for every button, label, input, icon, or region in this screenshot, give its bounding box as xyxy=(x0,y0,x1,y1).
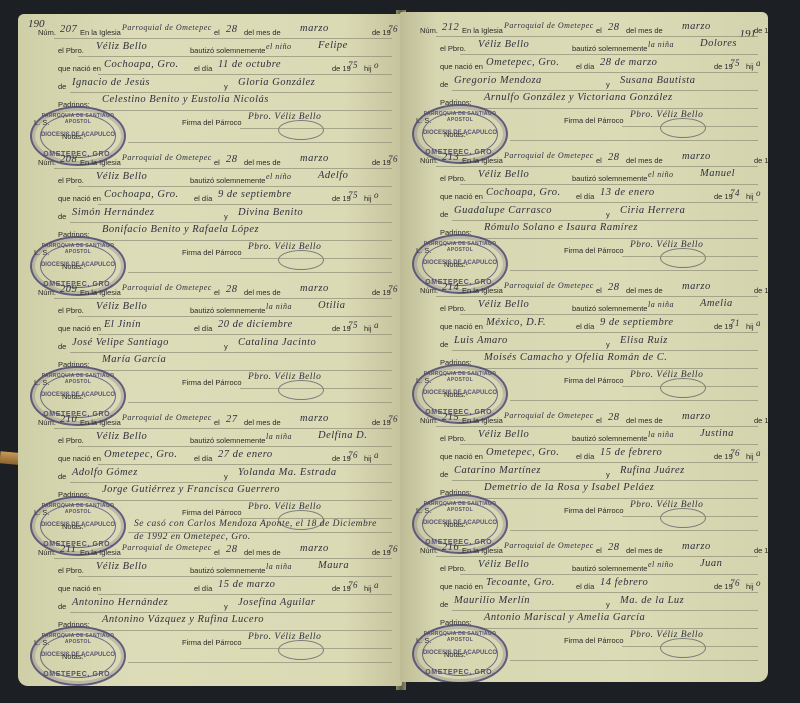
priest-name: Véliz Bello xyxy=(96,171,147,182)
child-sex: el niño xyxy=(648,170,674,179)
baptized-label: bautizó solemnemente xyxy=(572,304,647,318)
church-label: En la Iglesia xyxy=(462,26,503,40)
baptized-label: bautizó solemnemente xyxy=(572,564,647,578)
priest-name: Véliz Bello xyxy=(96,561,147,572)
line xyxy=(436,556,758,557)
mother-name: Ma. de la Luz xyxy=(620,595,684,606)
signature-label: Firma del Párroco xyxy=(182,378,242,392)
signature-label: Firma del Párroco xyxy=(564,636,624,650)
baptism-year: 76 xyxy=(388,284,398,294)
baptism-day: 28 xyxy=(226,154,238,165)
line xyxy=(480,202,758,203)
el-label: el xyxy=(596,416,602,430)
signature-flourish xyxy=(650,502,720,525)
mother-name: Catalina Jacinto xyxy=(238,337,316,348)
year-label: de 19 xyxy=(754,546,768,560)
child-sex: la niña xyxy=(266,302,292,311)
line xyxy=(240,388,392,389)
month-label: del mes de xyxy=(244,548,281,562)
line xyxy=(480,498,758,499)
signature-label: Firma del Párroco xyxy=(564,376,624,390)
church-label: En la Iglesia xyxy=(80,28,121,42)
seal-top-text: PARROQUIA DE SANTIAGO APOSTOL xyxy=(32,633,124,645)
child-sex: el niño xyxy=(648,560,674,569)
godparents: Antonio Mariscal y Amelia García xyxy=(484,612,645,623)
priest-label: el Pbro. xyxy=(58,46,84,60)
child-gender-suffix: a xyxy=(756,448,761,458)
month-label: del mes de xyxy=(626,546,663,560)
line xyxy=(452,220,758,221)
line xyxy=(128,662,392,663)
church-name: Parroquial de Ometepec xyxy=(504,21,594,30)
birthplace: Ometepec, Gro. xyxy=(104,449,177,460)
birth-day-label: el día xyxy=(576,192,594,206)
baptism-year: 76 xyxy=(388,154,398,164)
baptized-label: bautizó solemnemente xyxy=(572,44,647,58)
birthplace-label: que nació en xyxy=(58,324,101,338)
year-label: de 19 xyxy=(754,416,768,430)
baptism-day: 28 xyxy=(226,544,238,555)
baptism-month: marzo xyxy=(682,411,711,422)
baptism-entry: Núm. 213 En la Iglesia Parroquial de Ome… xyxy=(400,142,768,274)
baptism-entry: Núm. 209 En la Iglesia Parroquial de Ome… xyxy=(18,274,402,406)
line xyxy=(128,402,392,403)
month-label: del mes de xyxy=(244,158,281,172)
child-gender-suffix: a xyxy=(374,320,379,330)
line xyxy=(436,296,758,297)
child-sex: la niña xyxy=(266,432,292,441)
line xyxy=(70,352,392,353)
parents-label: de xyxy=(58,342,66,356)
seal-top-text: PARROQUIA DE SANTIAGO APOSTOL xyxy=(414,111,506,123)
line xyxy=(70,92,392,93)
church-name: Parroquial de Ometepec xyxy=(122,543,212,552)
num-label: Núm. xyxy=(420,156,438,170)
child-name: Otilia xyxy=(318,300,346,311)
line xyxy=(436,426,758,427)
seal-top-text: PARROQUIA DE SANTIAGO APOSTOL xyxy=(414,241,506,253)
priest-label: el Pbro. xyxy=(58,566,84,580)
seal-middle-text: DIOCESIS DE ACAPULCO xyxy=(32,132,124,138)
baptism-day: 28 xyxy=(608,22,620,33)
seal-bottom-text: OMETEPEC, GRO. xyxy=(414,669,506,676)
church-label: En la Iglesia xyxy=(80,158,121,172)
year-label: de 19 xyxy=(754,26,768,40)
church-name: Parroquial de Ometepec xyxy=(504,411,594,420)
right-page: 191 Núm. 212 En la Iglesia Parroquial de… xyxy=(400,12,768,682)
child-gender-suffix: a xyxy=(374,580,379,590)
line xyxy=(436,166,758,167)
baptized-label: bautizó solemnemente xyxy=(190,306,265,320)
birth-day-label: el día xyxy=(576,62,594,76)
line xyxy=(460,54,758,55)
line xyxy=(510,140,758,141)
seal-top-text: PARROQUIA DE SANTIAGO APOSTOL xyxy=(414,631,506,643)
child-name: Felipe xyxy=(318,40,348,51)
signature-flourish xyxy=(650,372,720,395)
church-name: Parroquial de Ometepec xyxy=(504,281,594,290)
month-label: del mes de xyxy=(626,286,663,300)
parents-label: de xyxy=(440,600,448,614)
priest-label: el Pbro. xyxy=(58,176,84,190)
birth-date: 9 de septiembre xyxy=(600,317,674,328)
child-of-label: hij xyxy=(746,192,754,206)
priest-name: Véliz Bello xyxy=(478,169,529,180)
signature-flourish xyxy=(268,114,338,137)
signature-flourish xyxy=(650,242,720,265)
num-label: Núm. xyxy=(420,286,438,300)
mother-name: Yolanda Ma. Estrada xyxy=(238,467,337,478)
seal-top-text: PARROQUIA DE SANTIAGO APOSTOL xyxy=(414,501,506,513)
child-of-label: hij xyxy=(364,194,372,208)
line xyxy=(54,168,392,169)
seal-top-text: PARROQUIA DE SANTIAGO APOSTOL xyxy=(32,373,124,385)
num-label: Núm. xyxy=(38,288,56,302)
birth-date: 9 de septiembre xyxy=(218,189,292,200)
mother-name: Susana Bautista xyxy=(620,75,695,86)
child-of-label: hij xyxy=(746,452,754,466)
line xyxy=(54,38,392,39)
line xyxy=(452,350,758,351)
entry-number: 208 xyxy=(60,154,77,165)
line xyxy=(510,660,758,661)
birthplace: Tecoante, Gro. xyxy=(486,577,555,588)
baptism-month: marzo xyxy=(300,413,329,424)
child-gender-suffix: a xyxy=(374,450,379,460)
church-name: Parroquial de Ometepec xyxy=(122,413,212,422)
child-of-label: hij xyxy=(364,584,372,598)
parish-seal-stamp: PARROQUIA DE SANTIAGO APOSTOL DIOCESIS D… xyxy=(30,626,126,686)
baptism-register-book: 190 Núm. 207 En la Iglesia Parroquial de… xyxy=(0,0,800,703)
child-of-label: hij xyxy=(746,582,754,596)
birth-date: 15 de febrero xyxy=(600,447,662,458)
line xyxy=(460,574,758,575)
baptism-year: 76 xyxy=(388,24,398,34)
el-label: el xyxy=(596,286,602,300)
seal-middle-text: DIOCESIS DE ACAPULCO xyxy=(414,390,506,396)
entry-number: 210 xyxy=(60,414,77,425)
seal-middle-text: DIOCESIS DE ACAPULCO xyxy=(32,652,124,658)
church-name: Parroquial de Ometepec xyxy=(122,153,212,162)
parents-label: de xyxy=(58,472,66,486)
year-label: de 19 xyxy=(754,286,768,300)
seal-top-text: PARROQUIA DE SANTIAGO APOSTOL xyxy=(414,371,506,383)
year-label: de 19 xyxy=(754,156,768,170)
baptism-day: 27 xyxy=(226,414,238,425)
entry-number: 212 xyxy=(442,22,459,33)
signature-label: Firma del Párroco xyxy=(564,246,624,260)
child-sex: la niña xyxy=(648,430,674,439)
birth-day-label: el día xyxy=(194,194,212,208)
line xyxy=(54,558,392,559)
child-sex: la niña xyxy=(648,300,674,309)
line xyxy=(78,186,392,187)
birth-year: 76 xyxy=(730,448,740,458)
father-name: Ignacio de Jesús xyxy=(72,77,150,88)
birth-day-label: el día xyxy=(194,454,212,468)
church-label: En la Iglesia xyxy=(462,416,503,430)
church-label: En la Iglesia xyxy=(462,286,503,300)
child-gender-suffix: o xyxy=(374,190,379,200)
birthplace-label: que nació en xyxy=(440,322,483,336)
birth-day-label: el día xyxy=(576,582,594,596)
child-gender-suffix: o xyxy=(374,60,379,70)
mother-name: Elisa Ruiz xyxy=(620,335,668,346)
baptized-label: bautizó solemnemente xyxy=(190,436,265,450)
baptism-month: marzo xyxy=(682,541,711,552)
child-of-label: hij xyxy=(746,322,754,336)
priest-label: el Pbro. xyxy=(440,304,466,318)
church-label: En la Iglesia xyxy=(80,288,121,302)
child-name: Manuel xyxy=(700,168,735,179)
birth-year: 75 xyxy=(348,60,358,70)
baptism-year: 76 xyxy=(388,544,398,554)
entry-number: 207 xyxy=(60,24,77,35)
child-gender-suffix: a xyxy=(756,58,761,68)
parents-label: de xyxy=(440,340,448,354)
birthplace-label: que nació en xyxy=(58,64,101,78)
month-label: del mes de xyxy=(626,26,663,40)
el-label: el xyxy=(214,28,220,42)
baptism-entry: Núm. 210 En la Iglesia Parroquial de Ome… xyxy=(18,404,402,536)
birth-year: 75 xyxy=(730,58,740,68)
baptized-label: bautizó solemnemente xyxy=(190,46,265,60)
godparents: Bonifacio Benito y Rafaela López xyxy=(102,224,259,235)
signature-label: Firma del Párroco xyxy=(182,248,242,262)
baptism-month: marzo xyxy=(300,283,329,294)
priest-label: el Pbro. xyxy=(440,44,466,58)
month-label: del mes de xyxy=(244,28,281,42)
birthplace-label: que nació en xyxy=(440,452,483,466)
godparents: Arnulfo González y Victoriana González xyxy=(484,92,673,103)
birth-year: 76 xyxy=(730,578,740,588)
parents-label: de xyxy=(58,602,66,616)
father-name: Gregorio Mendoza xyxy=(454,75,542,86)
church-label: En la Iglesia xyxy=(80,418,121,432)
line xyxy=(98,204,392,205)
child-gender-suffix: o xyxy=(756,188,761,198)
seal-bottom-text: OMETEPEC, GRO. xyxy=(32,671,124,678)
mother-name: Rufina Juárez xyxy=(620,465,685,476)
godparents: Jorge Gutiérrez y Francisca Guerrero xyxy=(102,484,280,495)
line xyxy=(452,90,758,91)
priest-label: el Pbro. xyxy=(440,174,466,188)
baptism-entry: Núm. 215 En la Iglesia Parroquial de Ome… xyxy=(400,402,768,534)
line xyxy=(78,446,392,447)
baptism-day: 28 xyxy=(226,284,238,295)
entry-number: 213 xyxy=(442,152,459,163)
left-page: 190 Núm. 207 En la Iglesia Parroquial de… xyxy=(18,14,402,686)
father-name: Adolfo Gómez xyxy=(72,467,138,478)
child-gender-suffix: a xyxy=(756,318,761,328)
birth-date: 11 de octubre xyxy=(218,59,281,70)
line xyxy=(70,612,392,613)
priest-label: el Pbro. xyxy=(58,436,84,450)
line xyxy=(70,222,392,223)
line xyxy=(622,256,758,257)
baptism-month: marzo xyxy=(300,543,329,554)
line xyxy=(622,386,758,387)
parish-seal-stamp: PARROQUIA DE SANTIAGO APOSTOL DIOCESIS D… xyxy=(412,624,508,682)
parents-label: de xyxy=(58,82,66,96)
child-of-label: hij xyxy=(364,324,372,338)
child-sex: la niña xyxy=(266,562,292,571)
line xyxy=(452,610,758,611)
signature-flourish xyxy=(268,374,338,397)
line xyxy=(480,462,758,463)
priest-label: el Pbro. xyxy=(58,306,84,320)
birth-year: 71 xyxy=(730,318,740,328)
baptism-year: 76 xyxy=(388,414,398,424)
priest-name: Véliz Bello xyxy=(478,559,529,570)
month-label: del mes de xyxy=(244,288,281,302)
line xyxy=(480,628,758,629)
birth-day-label: el día xyxy=(576,322,594,336)
birth-date: 28 de marzo xyxy=(600,57,657,68)
father-name: Antonino Hernández xyxy=(72,597,168,608)
birth-year: 76 xyxy=(348,450,358,460)
child-sex: la niña xyxy=(648,40,674,49)
line xyxy=(98,74,392,75)
birth-day-label: el día xyxy=(576,452,594,466)
birth-day-label: el día xyxy=(194,584,212,598)
godparents: Celestino Benito y Eustolia Nicolás xyxy=(102,94,269,105)
baptism-entry: Núm. 212 En la Iglesia Parroquial de Ome… xyxy=(400,12,768,144)
baptism-entry: Núm. 214 En la Iglesia Parroquial de Ome… xyxy=(400,272,768,404)
seal-middle-text: DIOCESIS DE ACAPULCO xyxy=(32,392,124,398)
godparents: Moisés Camacho y Ofelia Román de C. xyxy=(484,352,667,363)
father-name: Luis Amaro xyxy=(454,335,508,346)
birth-day-label: el día xyxy=(194,64,212,78)
line xyxy=(78,316,392,317)
line xyxy=(240,648,392,649)
birthplace-label: que nació en xyxy=(440,62,483,76)
entry-number: 216 xyxy=(442,542,459,553)
entry-number: 211 xyxy=(60,544,76,555)
signature-flourish xyxy=(268,634,338,657)
line xyxy=(70,482,392,483)
el-label: el xyxy=(214,288,220,302)
line xyxy=(98,334,392,335)
entry-number: 214 xyxy=(442,282,459,293)
seal-middle-text: DIOCESIS DE ACAPULCO xyxy=(414,260,506,266)
seal-top-text: PARROQUIA DE SANTIAGO APOSTOL xyxy=(32,113,124,125)
line xyxy=(480,368,758,369)
church-name: Parroquial de Ometepec xyxy=(122,283,212,292)
line xyxy=(78,576,392,577)
baptism-day: 28 xyxy=(608,152,620,163)
line xyxy=(622,516,758,517)
signature-flourish xyxy=(650,112,720,135)
birthplace: Cochoapa, Gro. xyxy=(104,59,179,70)
child-of-label: hij xyxy=(364,64,372,78)
birth-date: 13 de enero xyxy=(600,187,655,198)
line xyxy=(622,126,758,127)
line xyxy=(98,594,392,595)
child-name: Juan xyxy=(700,558,722,569)
birthplace: Ometepec, Gro. xyxy=(486,57,559,68)
priest-name: Véliz Bello xyxy=(478,429,529,440)
parents-label: de xyxy=(440,80,448,94)
parents-label: de xyxy=(440,210,448,224)
line xyxy=(480,238,758,239)
el-label: el xyxy=(596,26,602,40)
child-sex: el niño xyxy=(266,172,292,181)
church-label: En la Iglesia xyxy=(462,156,503,170)
birthplace-label: que nació en xyxy=(58,584,101,598)
seal-middle-text: DIOCESIS DE ACAPULCO xyxy=(32,262,124,268)
num-label: Núm. xyxy=(38,548,56,562)
entry-number: 215 xyxy=(442,412,459,423)
baptism-month: marzo xyxy=(300,153,329,164)
el-label: el xyxy=(214,158,220,172)
line xyxy=(98,110,392,111)
godparents: Antonino Vázquez y Rufina Lucero xyxy=(102,614,264,625)
father-name: José Velipe Santiago xyxy=(72,337,169,348)
line xyxy=(128,272,392,273)
mother-name: Josefina Aguilar xyxy=(238,597,316,608)
line xyxy=(436,36,758,37)
child-name: Justina xyxy=(700,428,734,439)
child-sex: el niño xyxy=(266,42,292,51)
mother-name: Gloria González xyxy=(238,77,315,88)
el-label: el xyxy=(214,548,220,562)
priest-name: Véliz Bello xyxy=(96,301,147,312)
father-name: Simón Hernández xyxy=(72,207,154,218)
birth-year: 75 xyxy=(348,320,358,330)
signature-label: Firma del Párroco xyxy=(182,638,242,652)
priest-name: Véliz Bello xyxy=(96,431,147,442)
priest-label: el Pbro. xyxy=(440,564,466,578)
birthplace: México, D.F. xyxy=(486,317,546,328)
baptism-day: 28 xyxy=(608,412,620,423)
father-name: Guadalupe Carrasco xyxy=(454,205,552,216)
child-name: Dolores xyxy=(700,38,737,49)
month-label: del mes de xyxy=(244,418,281,432)
father-name: Maurilio Merlín xyxy=(454,595,530,606)
signature-flourish xyxy=(650,632,720,655)
signature-label: Firma del Párroco xyxy=(182,118,242,132)
el-label: el xyxy=(214,418,220,432)
baptized-label: bautizó solemnemente xyxy=(190,566,265,580)
birth-day-label: el día xyxy=(194,324,212,338)
godparents: Rómulo Solano e Isaura Ramírez xyxy=(484,222,638,233)
line xyxy=(240,258,392,259)
line xyxy=(128,142,392,143)
birth-date: 20 de diciembre xyxy=(218,319,293,330)
baptism-entry: Núm. 216 En la Iglesia Parroquial de Ome… xyxy=(400,532,768,664)
num-label: Núm. xyxy=(420,546,438,560)
and-label: y xyxy=(224,342,228,356)
child-gender-suffix: o xyxy=(756,578,761,588)
signature-label: Firma del Párroco xyxy=(564,116,624,130)
line xyxy=(98,370,392,371)
birth-date: 14 febrero xyxy=(600,577,648,588)
num-label: Núm. xyxy=(38,158,56,172)
birthplace: Cochoapa, Gro. xyxy=(104,189,179,200)
birthplace-label: que nació en xyxy=(440,582,483,596)
baptism-month: marzo xyxy=(682,21,711,32)
child-of-label: hij xyxy=(746,62,754,76)
baptized-label: bautizó solemnemente xyxy=(572,174,647,188)
birthplace-label: que nació en xyxy=(440,192,483,206)
mother-name: Ciria Herrera xyxy=(620,205,685,216)
church-name: Parroquial de Ometepec xyxy=(122,23,212,32)
church-name: Parroquial de Ometepec xyxy=(504,151,594,160)
seal-middle-text: DIOCESIS DE ACAPULCO xyxy=(414,130,506,136)
line xyxy=(240,128,392,129)
birthplace-label: que nació en xyxy=(58,194,101,208)
